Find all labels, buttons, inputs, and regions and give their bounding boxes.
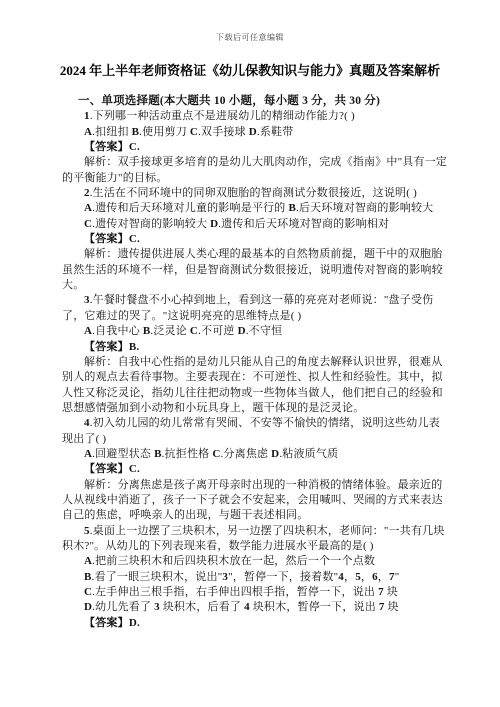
doc-line: 人性又称泛灵论，指幼儿往往把动物或一些物体当做人，他们把自己的经验和 (62, 386, 438, 401)
doc-line: 自己的焦虑，呼唤亲人的出现，与题干表述相同。 (62, 508, 438, 523)
document-page: 下载后可任意编辑 2024 年上半年老师资格证《幼儿保教知识与能力》真题及答案解… (0, 0, 500, 707)
doc-line: 的平衡能力"的目标。 (62, 171, 438, 186)
doc-line: 1.下列哪一种活动重点不是进展幼儿的精细动作能力?( ) (62, 109, 438, 124)
doc-line: C.遗传对智商的影响较大 D.遗传和后天环境对智商的影响相对 (62, 217, 438, 232)
doc-line: 2.生活在不同环境中的同卵双胞胎的智商测试分数很接近，这说明( ) (62, 186, 438, 201)
doc-line: 【答案】B. (62, 340, 438, 355)
doc-line: 思想感情强加到小动物和小玩具身上，题干体现的是泛灵论。 (62, 401, 438, 416)
doc-line: 5.桌面上一边摆了三块积木，另一边摆了四块积木，老师问："一共有几块 (62, 524, 438, 539)
doc-line: 虽然生活的环境不一样，但是智商测试分数很接近，说明遗传对智商的影响较 (62, 263, 438, 278)
doc-line: A.把前三块积木和后四块积木放在一起，然后一个一个点数 (62, 554, 438, 569)
doc-line: 了，它难过的哭了。"这说明亮亮的思维特点是( ) (62, 309, 438, 324)
doc-line: 人从视线中消逝了，孩子一下子就会不安起来，会用喊叫、哭闹的方式来表达 (62, 493, 438, 508)
doc-line: 解析：遗传提供进展人类心理的最基本的自然物质前提，题干中的双胞胎 (62, 247, 438, 262)
doc-line: 解析：自我中心性指的是幼儿只能从自己的角度去解释认识世界，很难从 (62, 355, 438, 370)
doc-line: A.回避型状态 B.抗拒性格 C.分离焦虑 D.粘液质气质 (62, 447, 438, 462)
doc-line: D.幼儿先看了 3 块积木，后看了 4 块积木，暂停一下，说出 7 块 (62, 600, 438, 615)
doc-line: 3.午餐时餐盘不小心掉到地上，看到这一幕的亮亮对老师说："盘子受伤 (62, 293, 438, 308)
edit-note: 下载后可任意编辑 (0, 0, 500, 43)
doc-line: A.扣纽扣 B.使用剪刀 C.双手接球 D.系鞋带 (62, 125, 438, 140)
doc-line: 别人的观点去看待事物。主要表现在：不可逆性、拟人性和经验性。其中，拟 (62, 370, 438, 385)
doc-line: 一、单项选择题(本大题共 10 小题，每小题 3 分，共 30 分) (62, 94, 438, 109)
doc-line: 积木?"。从幼儿的下列表现来看，数学能力进展水平最高的是( ) (62, 539, 438, 554)
doc-title: 2024 年上半年老师资格证《幼儿保教知识与能力》真题及答案解析 (0, 63, 500, 79)
doc-line: A.自我中心 B.泛灵论 C.不可逆 D.不守恒 (62, 324, 438, 339)
doc-line: 【答案】C. (62, 232, 438, 247)
doc-line: 【答案】C. (62, 462, 438, 477)
doc-line: C.左手伸出三根手指，右手伸出四根手指，暂停一下，说出 7 块 (62, 585, 438, 600)
doc-line: A.遗传和后天环境对儿童的影响是平行的 B.后天环境对智商的影响较大 (62, 201, 438, 216)
doc-line: B.看了一眼三块积木，说出"3"，暂停一下，接着数"4，5，6，7" (62, 570, 438, 585)
doc-line: 现出了( ) (62, 432, 438, 447)
doc-line: 解析：分离焦虑是孩子离开母亲时出现的一种消极的情绪体验。最亲近的 (62, 478, 438, 493)
doc-line: 大。 (62, 278, 438, 293)
doc-body: 一、单项选择题(本大题共 10 小题，每小题 3 分，共 30 分)1.下列哪一… (0, 94, 500, 631)
doc-line: 解析：双手接球更多培育的是幼儿大肌肉动作，完成《指南》中"具有一定 (62, 155, 438, 170)
doc-line: 【答案】D. (62, 616, 438, 631)
doc-line: 4.初入幼儿园的幼儿常常有哭闹、不安等不愉快的情绪，说明这些幼儿表 (62, 416, 438, 431)
doc-line: 【答案】C. (62, 140, 438, 155)
